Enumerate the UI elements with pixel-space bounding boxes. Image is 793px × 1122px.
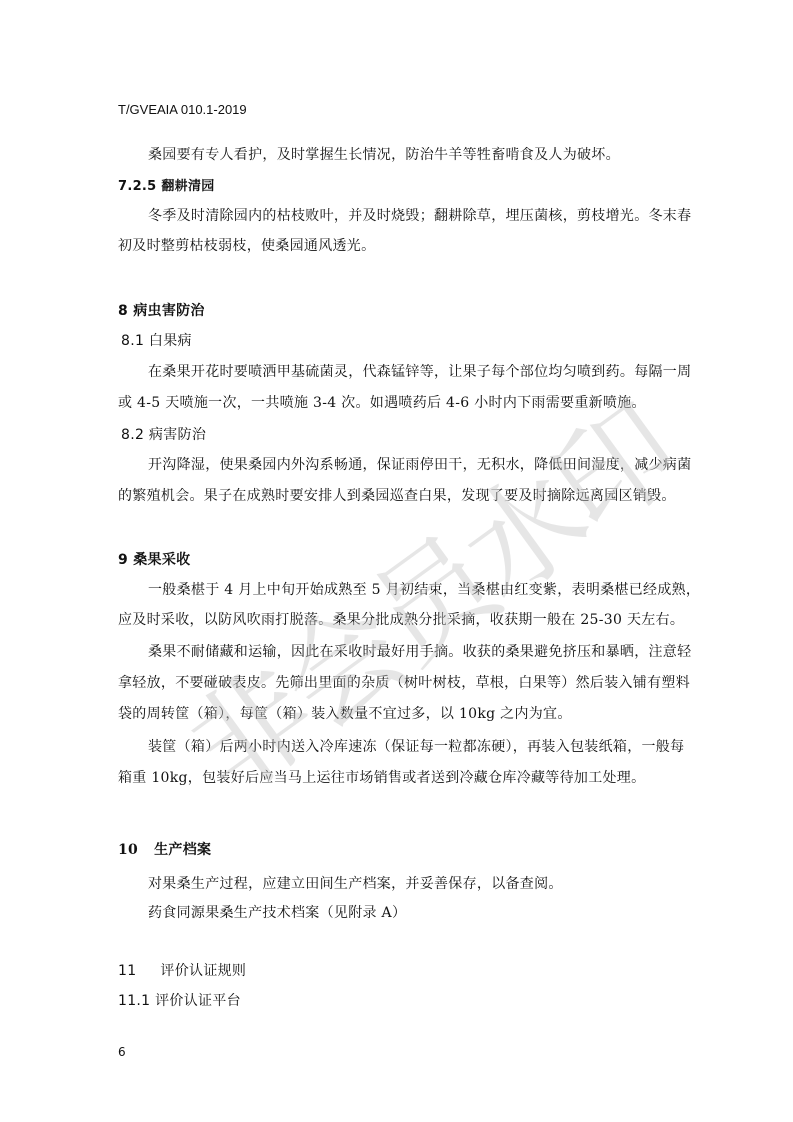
paragraph-line: 拿轻放，不要碰破表皮。先筛出里面的杂质（树叶树枝，草根，白果等）然后装入铺有塑料 bbox=[118, 674, 690, 692]
heading-8-2: 8.2 病害防治 bbox=[121, 426, 206, 444]
paragraph-line: 对果桑生产过程，应建立田间生产档案，并妥善保存，以备查阅。 bbox=[148, 875, 563, 893]
section-title: 生产档案 bbox=[154, 842, 211, 858]
paragraph-line: 或 4-5 天喷施一次，一共喷施 3-4 次。如遇喷药后 4-6 小时内下雨需要… bbox=[118, 394, 646, 412]
heading-11-1: 11.1 评价认证平台 bbox=[118, 992, 241, 1010]
paragraph-line: 箱重 10kg，包装好后应当马上运往市场销售或者送到冷藏仓库冷藏等待加工处理。 bbox=[118, 769, 645, 787]
heading-10: 10生产档案 bbox=[118, 841, 211, 859]
paragraph-line: 桑园要有专人看护，及时掌握生长情况，防治牛羊等牲畜啃食及人为破坏。 bbox=[148, 146, 620, 164]
paragraph-line: 的繁殖机会。果子在成熟时要安排人到桑园巡查白果，发现了要及时摘除远离园区销毁。 bbox=[118, 487, 676, 505]
paragraph-line: 在桑果开花时要喷洒甲基硫菌灵，代森锰锌等，让果子每个部位均匀喷到药。每隔一周 bbox=[148, 363, 691, 381]
heading-8-1: 8.1 白果病 bbox=[121, 332, 192, 350]
heading-11: 11评价认证规则 bbox=[118, 962, 246, 980]
paragraph-line: 袋的周转筐（箱），每筐（箱）装入数量不宜过多，以 10kg 之内为宜。 bbox=[118, 705, 572, 723]
section-number: 11 bbox=[118, 962, 136, 980]
paragraph-line: 药食同源果桑生产技术档案（见附录 A） bbox=[148, 904, 406, 922]
paragraph-line: 初及时整剪枯枝弱枝，使桑园通风透光。 bbox=[118, 237, 375, 255]
document-code-header: T/GVEAIA 010.1-2019 bbox=[118, 101, 247, 119]
paragraph-line: 桑果不耐储藏和运输，因此在采收时最好用手摘。收获的桑果避免挤压和暴晒，注意轻 bbox=[148, 643, 691, 661]
section-title: 评价认证规则 bbox=[160, 963, 246, 979]
paragraph-line: 开沟降湿，使果桑园内外沟系畅通，保证雨停田干，无积水，降低田间湿度，减少病菌 bbox=[148, 456, 691, 474]
paragraph-line: 一般桑椹于 4 月上中旬开始成熟至 5 月初结束，当桑椹由红变紫，表明桑椹已经成… bbox=[148, 581, 700, 599]
heading-7-2-5: 7.2.5 翻耕清园 bbox=[118, 178, 215, 196]
heading-9: 9 桑果采收 bbox=[118, 551, 190, 569]
heading-8: 8 病虫害防治 bbox=[118, 302, 205, 320]
page-number: 6 bbox=[118, 1043, 126, 1061]
paragraph-line: 应及时采收，以防风吹雨打脱落。桑果分批成熟分批采摘，收获期一般在 25-30 天… bbox=[118, 611, 684, 629]
section-number: 10 bbox=[118, 841, 138, 859]
paragraph-line: 冬季及时清除园内的枯枝败叶，并及时烧毁；翻耕除草，埋压菌核，剪枝增光。冬末春 bbox=[148, 207, 691, 225]
watermark: 非会员水印 bbox=[150, 383, 671, 826]
paragraph-line: 装筐（箱）后两小时内送入冷库速冻（保证每一粒都冻硬），再装入包装纸箱，一般每 bbox=[148, 738, 684, 756]
document-page: T/GVEAIA 010.1-2019 桑园要有专人看护，及时掌握生长情况，防治… bbox=[0, 0, 793, 1122]
